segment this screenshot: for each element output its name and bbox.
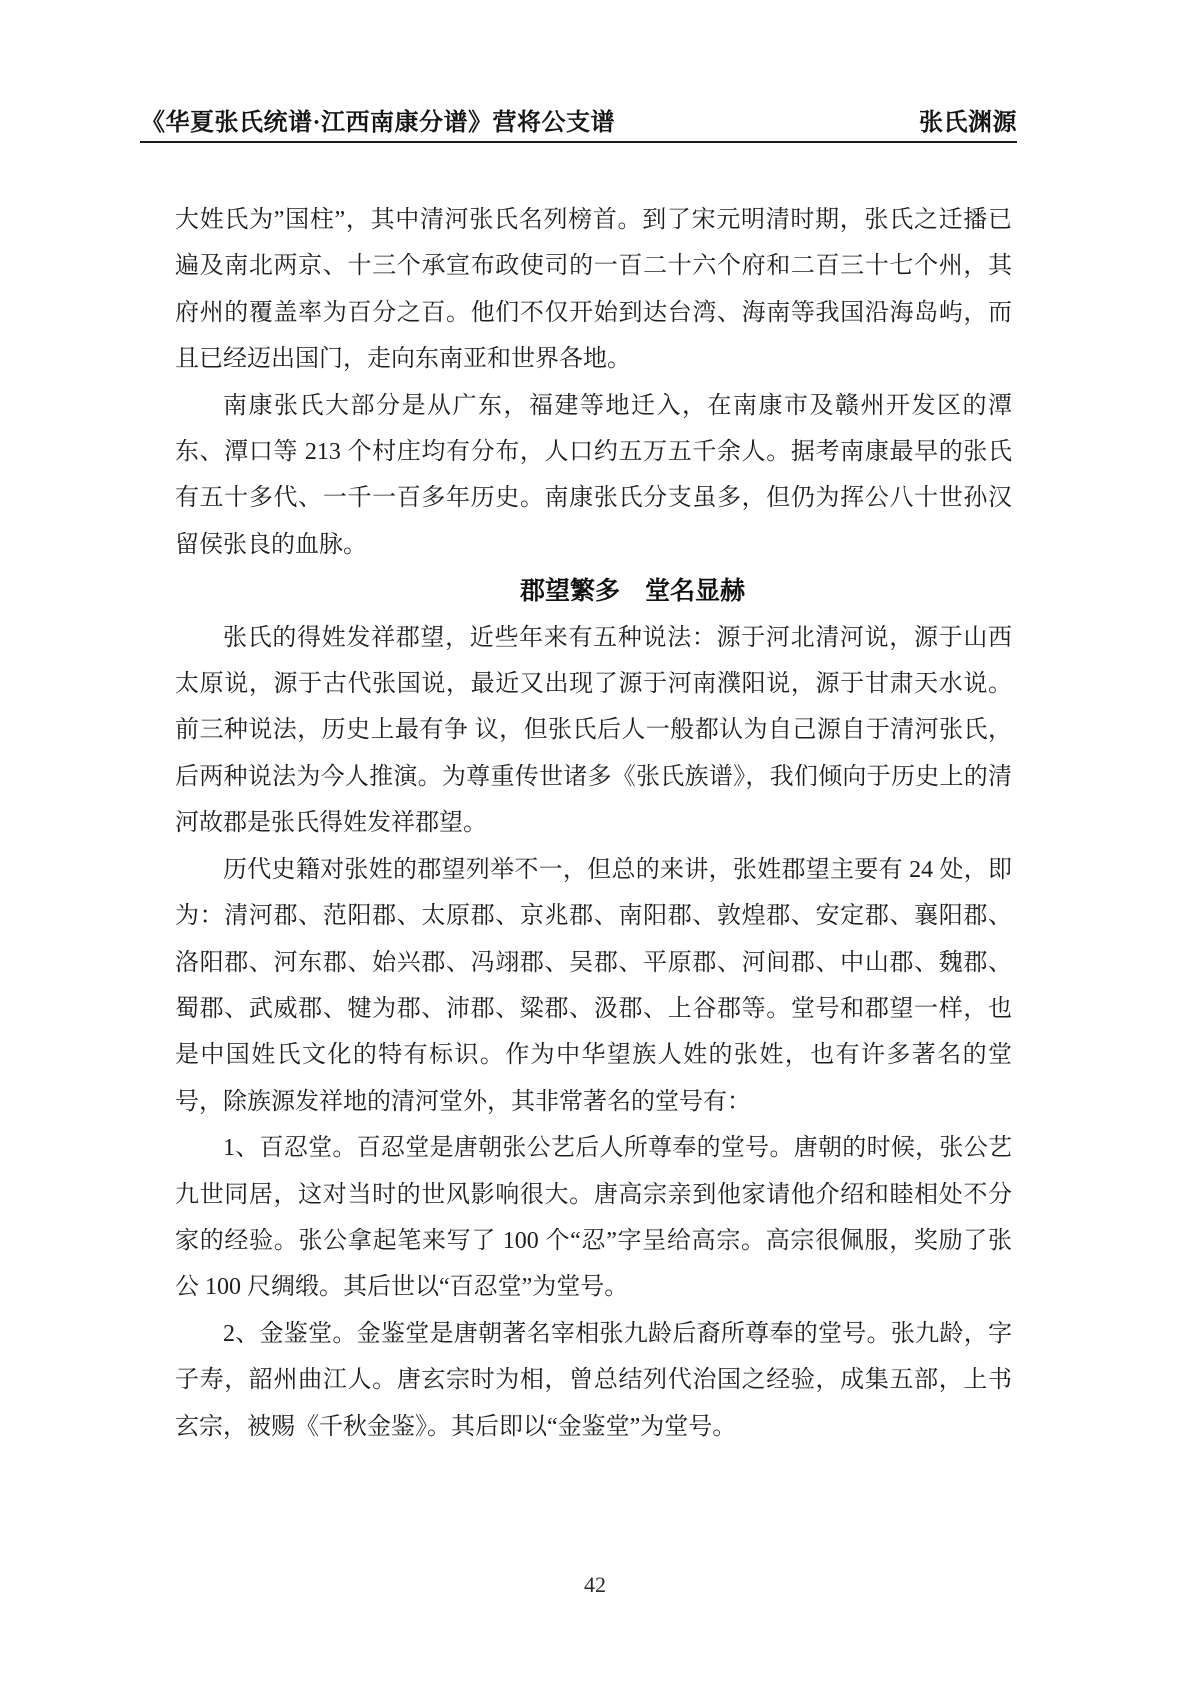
header-title-left: 《华夏张氏统谱·江西南康分谱》营将公支谱 xyxy=(141,102,615,137)
paragraph: 1、百忍堂。百忍堂是唐朝张公艺后人所尊奉的堂号。唐朝的时候，张公艺九世同居，这对… xyxy=(175,1125,1012,1311)
header-title-right: 张氏渊源 xyxy=(919,102,1017,137)
page-header: 《华夏张氏统谱·江西南康分谱》营将公支谱 张氏渊源 xyxy=(141,102,1017,137)
page-number: 42 xyxy=(584,1572,606,1597)
section-heading: 郡望繁多 堂名显赫 xyxy=(175,568,1012,614)
paragraph: 大姓氏为”国柱”，其中清河张氏名列榜首。到了宋元明清时期，张氏之迁播已遍及南北两… xyxy=(175,197,1012,383)
paragraph: 张氏的得姓发祥郡望，近些年来有五种说法：源于河北清河说，源于山西太原说，源于古代… xyxy=(175,615,1012,847)
header-rule xyxy=(140,141,1017,143)
paragraph: 南康张氏大部分是从广东，福建等地迁入，在南康市及赣州开发区的潭东、潭口等 213… xyxy=(175,383,1012,569)
paragraph: 2、金鉴堂。金鉴堂是唐朝著名宰相张九龄后裔所尊奉的堂号。张九龄，字子寿，韶州曲江… xyxy=(175,1311,1012,1450)
paragraph: 历代史籍对张姓的郡望列举不一，但总的来讲，张姓郡望主要有 24 处，即为：清河郡… xyxy=(175,847,1012,1125)
page-footer: 42 xyxy=(0,1572,1190,1598)
document-body: 大姓氏为”国柱”，其中清河张氏名列榜首。到了宋元明清时期，张氏之迁播已遍及南北两… xyxy=(175,197,1012,1450)
